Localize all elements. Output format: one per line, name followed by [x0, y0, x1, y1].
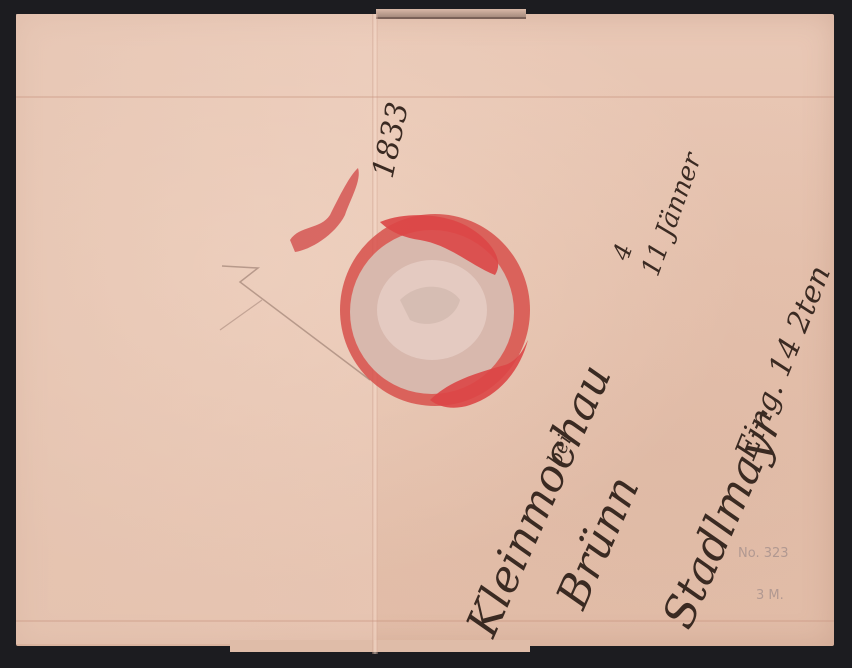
letter-photo: 1833 4 11 Jänner Eing. 14 2ten Kleinmoch…: [0, 0, 852, 668]
pencil-note-number: No. 323: [738, 546, 789, 561]
pencil-note-price: 3 M.: [756, 588, 784, 603]
